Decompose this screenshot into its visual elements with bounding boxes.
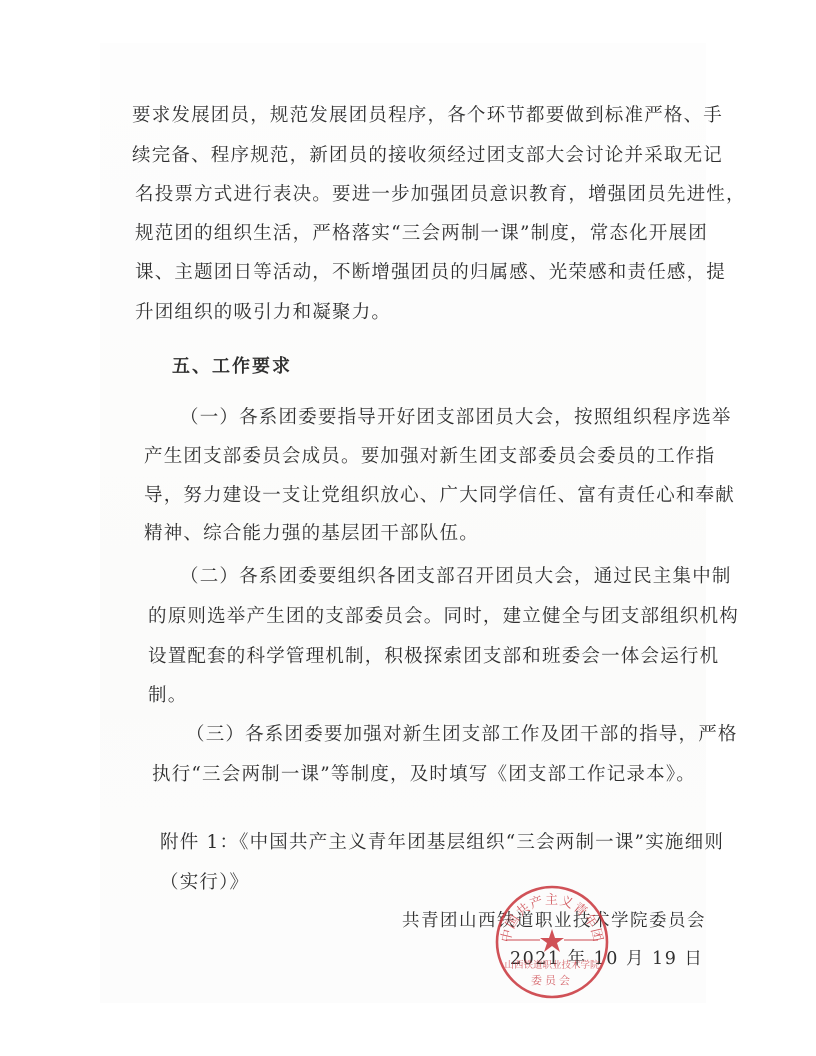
attachment-line: （实行）》: [160, 868, 249, 894]
text-line: 课、主题团日等活动，不断增强团员的归属感、光荣感和责任感，提: [135, 258, 726, 284]
section-heading: 五、工作要求: [172, 352, 292, 378]
text-line: 规范团的组织生活，严格落实“三会两制一课”制度，常态化开展团: [135, 219, 708, 245]
text-line: 导，努力建设一支让党组织放心、广大同学信任、富有责任心和奉献: [144, 481, 735, 507]
text-line: 制。: [148, 681, 187, 707]
text-line: 设置配套的科学管理机制，积极探索团支部和班委会一体会运行机: [148, 642, 719, 668]
text-line: 的原则选举产生团的支部委员会。同时，建立健全与团支部组织机构: [148, 602, 739, 628]
text-line: 名投票方式进行表决。要进一步加强团员意识教育，增强团员先进性，: [135, 180, 746, 206]
text-line: 产生团支部委员会成员。要加强对新生团支部委员会委员的工作指: [144, 442, 715, 468]
text-line: （一）各系团委要指导开好团支部团员大会，按照组织程序选举: [180, 403, 732, 429]
text-line: 要求发展团员，规范发展团员程序，各个环节都要做到标准严格、手: [132, 101, 723, 127]
text-line: 续完备、程序规范，新团员的接收须经过团支部大会讨论并采取无记: [132, 141, 723, 167]
attachment-line: 附件 1：《中国共产主义青年团基层组织“三会两制一课”实施细则: [160, 828, 724, 854]
text-line: 执行“三会两制一课”等制度，及时填写《团支部工作记录本》。: [152, 760, 696, 786]
text-line: 精神、综合能力强的基层团干部队伍。: [144, 519, 479, 545]
text-line: 升团组织的吸引力和凝聚力。: [135, 298, 391, 324]
text-line: （二）各系团委要组织各团支部召开团员大会，通过民主集中制: [180, 562, 732, 588]
official-seal-icon: 中国共产主义青年团 山西铁道职业技术学院 委员会: [494, 884, 610, 1000]
text-line: （三）各系团委要加强对新生团支部工作及团干部的指导，严格: [186, 720, 738, 746]
seal-middle-text: 山西铁道职业技术学院: [504, 959, 600, 971]
seal-bottom-text: 委员会: [531, 973, 573, 987]
